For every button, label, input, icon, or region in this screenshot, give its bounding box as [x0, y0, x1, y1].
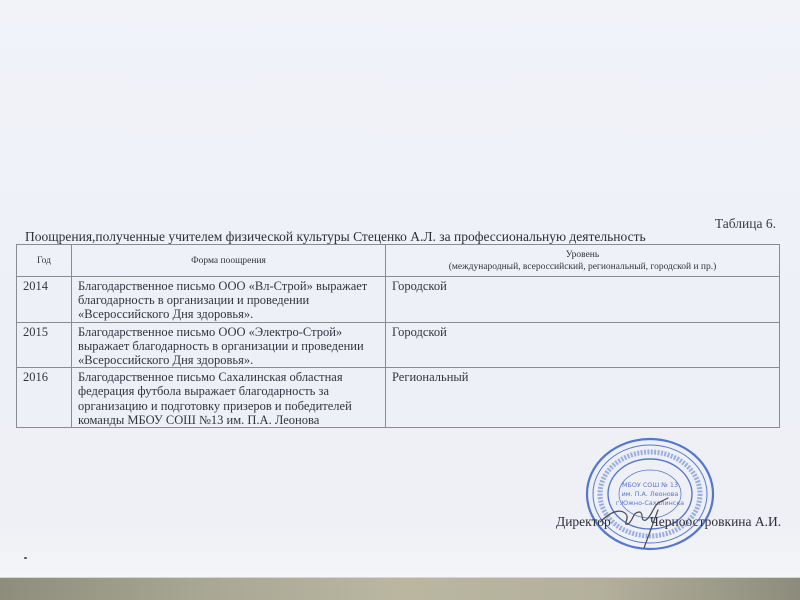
table-row: 2015 Благодарственное письмо ООО «Электр… — [17, 322, 780, 368]
header-level-title: Уровень — [390, 249, 775, 261]
cell-form: Благодарственное письмо ООО «Электро-Стр… — [72, 322, 386, 368]
table-row: 2016 Благодарственное письмо Сахалинская… — [17, 368, 780, 428]
table-row: 2014 Благодарственное письмо ООО «Вл-Стр… — [17, 277, 780, 323]
cell-form: Благодарственное письмо ООО «Вл-Строй» в… — [72, 277, 386, 323]
cell-year: 2015 — [17, 322, 72, 368]
document-title: Поощрения,полученные учителем физической… — [25, 229, 646, 245]
signatory-position: Директор — [556, 514, 611, 530]
table-header-row: Год Форма поощрения Уровень (международн… — [17, 245, 780, 277]
scanned-document-page: Таблица 6. Поощрения,полученные учителем… — [0, 0, 800, 578]
scan-speck — [24, 557, 27, 559]
awards-table: Год Форма поощрения Уровень (международн… — [16, 244, 780, 428]
slide-bottom-bar — [0, 578, 800, 600]
table-caption: Таблица 6. — [715, 216, 776, 232]
signatory-name: Черноостровкина А.И. — [650, 514, 781, 530]
header-form: Форма поощрения — [72, 245, 386, 277]
header-year: Год — [17, 245, 72, 277]
cell-year: 2014 — [17, 277, 72, 323]
header-level: Уровень (международный, всероссийский, р… — [386, 245, 780, 277]
cell-level: Городской — [386, 322, 780, 368]
cell-year: 2016 — [17, 368, 72, 428]
stamp-line1: МБОУ СОШ № 13 — [622, 481, 678, 489]
cell-level: Городской — [386, 277, 780, 323]
cell-level: Региональный — [386, 368, 780, 428]
header-level-subtitle: (международный, всероссийский, региональ… — [390, 261, 775, 273]
cell-form: Благодарственное письмо Сахалинская обла… — [72, 368, 386, 428]
